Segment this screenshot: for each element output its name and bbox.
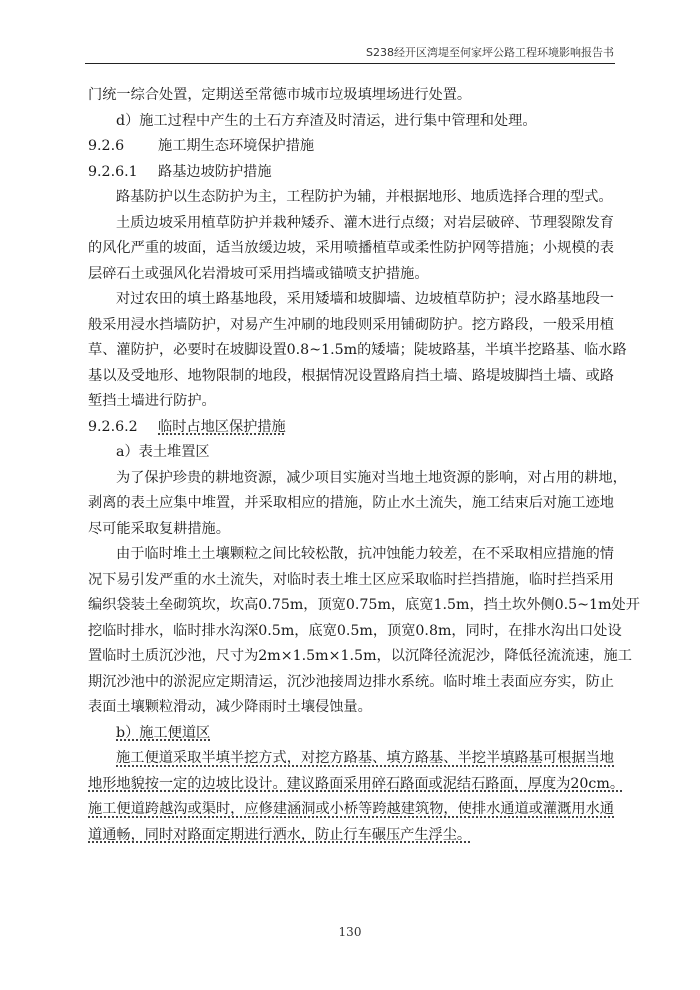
section-heading-9-2-6-1: 9.2.6.1路基边坡防护措施 bbox=[88, 160, 614, 186]
section-number: 9.2.6 bbox=[88, 134, 158, 160]
paragraph-line: 为了保护珍贵的耕地资源，减少项目实施对当地土地资源的影响，对占用的耕地， bbox=[88, 466, 614, 492]
underlined-text: 施工便道跨越沟或渠时，应修建涵洞或小桥等跨越建筑物，使排水通道或灌溉用水通 bbox=[88, 801, 614, 817]
paragraph-line: 期沉沙池中的淤泥应定期清运，沉沙池接周边排水系统。临时堆土表面应夯实，防止 bbox=[88, 670, 614, 696]
paragraph-line: 表面土壤颗粒滑动，减少降雨时土壤侵蚀量。 bbox=[88, 695, 614, 721]
section-number: 9.2.6.1 bbox=[88, 160, 158, 186]
paragraph-line: 路基防护以生态防护为主，工程防护为辅，并根据地形、地质选择合理的型式。 bbox=[88, 185, 614, 211]
paragraph-line-underlined: 地形地貌按一定的边坡比设计。建议路面采用碎石路面或泥结石路面，厚度为20cm。 bbox=[88, 772, 614, 798]
subsection-heading-b-text: b）施工便道区 bbox=[116, 725, 210, 741]
header-divider bbox=[85, 63, 615, 64]
paragraph-line: 剥离的表土应集中堆置，并采取相应的措施，防止水土流失，施工结束后对施工迹地 bbox=[88, 491, 614, 517]
paragraph-line: 般采用浸水挡墙防护，对易产生冲刷的地段则采用铺砌防护。挖方路段，一般采用植 bbox=[88, 313, 614, 339]
section-heading-9-2-6: 9.2.6施工期生态环境保护措施 bbox=[88, 134, 614, 160]
subsection-heading-a: a）表土堆置区 bbox=[88, 440, 614, 466]
paragraph-line: 由于临时堆土土壤颗粒之间比较松散，抗冲蚀能力较差，在不采取相应措施的情 bbox=[88, 542, 614, 568]
subsection-heading-b: b）施工便道区 bbox=[88, 721, 614, 747]
paragraph-line: 挖临时排水，临时排水沟深0.5m，底宽0.5m，顶宽0.8m，同时，在排水沟出口… bbox=[88, 619, 614, 645]
list-item-d: d）施工过程中产生的土石方弃渣及时清运，进行集中管理和处理。 bbox=[88, 109, 614, 135]
paragraph-line: 尽可能采取复耕措施。 bbox=[88, 517, 614, 543]
underlined-text: 施工便道采取半填半挖方式，对挖方路基、填方路基、半挖半填路基可根据当地 bbox=[116, 750, 614, 766]
paragraph-line: 编织袋装土垒砌筑坎，坎高0.75m，顶宽0.75m，底宽1.5m，挡土坎外侧0.… bbox=[88, 593, 614, 619]
page-body: 门统一综合处置，定期送至常德市城市垃圾填埋场进行处置。 d）施工过程中产生的土石… bbox=[88, 83, 614, 848]
section-title: 施工期生态环境保护措施 bbox=[158, 138, 314, 154]
section-heading-9-2-6-2: 9.2.6.2临时占地区保护措施 bbox=[88, 415, 614, 441]
paragraph-line: 对过农田的填土路基地段，采用矮墙和坡脚墙、边坡植草防护；浸水路基地段一 bbox=[88, 287, 614, 313]
paragraph-line-underlined: 施工便道采取半填半挖方式，对挖方路基、填方路基、半挖半填路基可根据当地 bbox=[88, 746, 614, 772]
paragraph-line: 土质边坡采用植草防护并栽种矮乔、灌木进行点缀；对岩层破碎、节理裂隙发育 bbox=[88, 211, 614, 237]
paragraph-line: 的风化严重的坡面，适当放缓边坡，采用喷播植草或柔性防护网等措施；小规模的表 bbox=[88, 236, 614, 262]
section-title: 临时占地区保护措施 bbox=[158, 419, 286, 435]
page-number: 130 bbox=[0, 925, 700, 939]
paragraph-line-underlined: 施工便道跨越沟或渠时，应修建涵洞或小桥等跨越建筑物，使排水通道或灌溉用水通 bbox=[88, 797, 614, 823]
section-title: 路基边坡防护措施 bbox=[158, 164, 272, 180]
underlined-text: 地形地貌按一定的边坡比设计。建议路面采用碎石路面或泥结石路面，厚度为20cm。 bbox=[88, 776, 624, 792]
paragraph-line: 基以及受地形、地物限制的地段，根据情况设置路肩挡土墙、路堤坡脚挡土墙、或路 bbox=[88, 364, 614, 390]
paragraph-line: 况下易引发严重的水土流失，对临时表土堆土区应采取临时拦挡措施，临时拦挡采用 bbox=[88, 568, 614, 594]
paragraph-line: 堑挡土墙进行防护。 bbox=[88, 389, 614, 415]
paragraph-line: 置临时土质沉沙池，尺寸为2m×1.5m×1.5m，以沉降径流泥沙，降低径流流速，… bbox=[88, 644, 614, 670]
paragraph-line-underlined: 道通畅，同时对路面定期进行洒水，防止行车碾压产生浮尘。 bbox=[88, 823, 614, 849]
section-number: 9.2.6.2 bbox=[88, 415, 158, 441]
paragraph-line: 草、灌防护，必要时在坡脚设置0.8~1.5m的矮墙；陡坡路基，半填半挖路基、临水… bbox=[88, 338, 614, 364]
paragraph-line: 门统一综合处置，定期送至常德市城市垃圾填埋场进行处置。 bbox=[88, 83, 614, 109]
underlined-text: 道通畅，同时对路面定期进行洒水，防止行车碾压产生浮尘。 bbox=[88, 827, 471, 843]
running-header-title: S238经开区湾堤至何家坪公路工程环境影响报告书 bbox=[366, 44, 614, 60]
paragraph-line: 层碎石土或强风化岩滑坡可采用挡墙或锚喷支护措施。 bbox=[88, 262, 614, 288]
